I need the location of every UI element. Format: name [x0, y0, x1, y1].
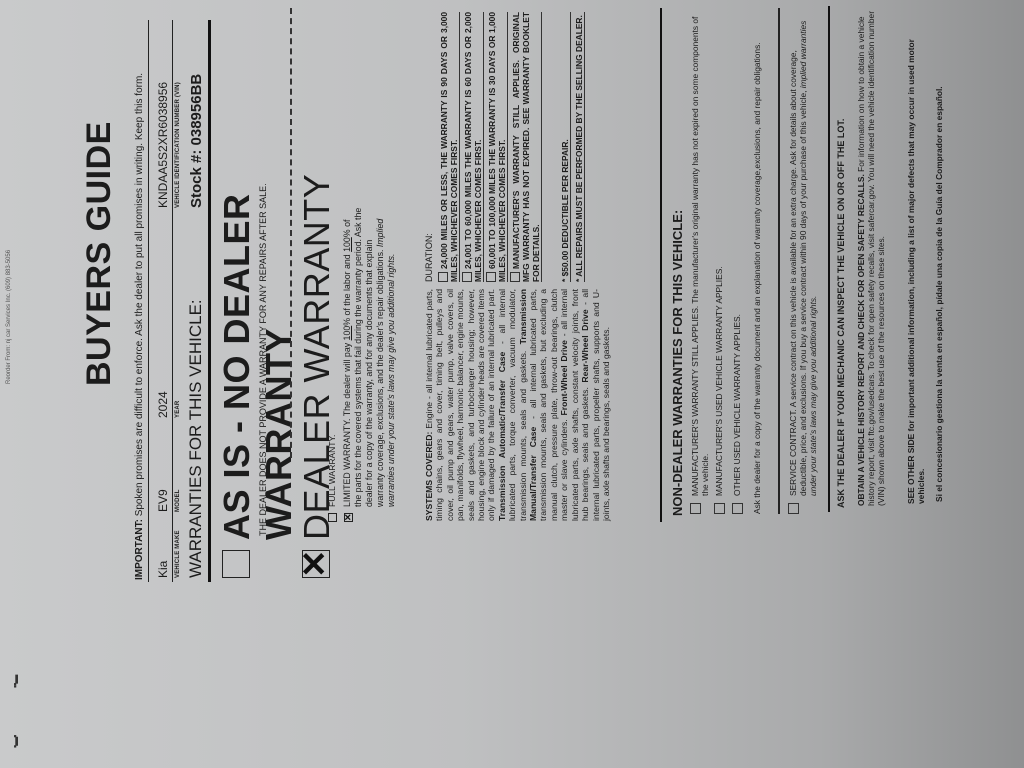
vehicle-make-value: Kia [156, 561, 170, 578]
dashed-divider [290, 8, 292, 458]
systems-covered: SYSTEMS COVERED: Engine - all internal l… [424, 289, 611, 521]
duration-checkbox[interactable] [510, 272, 520, 282]
vin-label: VEHICLE IDENTIFICATION NUMBER (VIN) [175, 82, 181, 208]
duration-option[interactable]: 24,001 TO 60,000 MILES THE WARRANTY IS 6… [462, 12, 484, 282]
duration-option[interactable]: 60,001 TO 100,000 MILES THE WARRANTY IS … [486, 12, 508, 282]
non-dealer-checkbox[interactable] [690, 503, 701, 514]
divider [828, 6, 830, 512]
duration-option[interactable]: 24,000 MILES OR LESS, THE WARRANTY IS 90… [438, 12, 460, 282]
important-notice: IMPORTANT: Spoken promises are difficult… [134, 20, 145, 580]
transmission-auto-label: Transmission Automatic/Transfer Case [497, 352, 507, 521]
non-dealer-item-label: MANUFACTURER'S USED VEHICLE WARRANTY APP… [714, 266, 724, 496]
other-side-notice: SEE OTHER SIDE for important additional … [906, 4, 926, 504]
repairs-note: * ALL REPAIRS MUST BE PERFORMED BY THE S… [574, 12, 585, 282]
important-label: IMPORTANT: [134, 519, 145, 580]
duration-option-text: 24,001 TO 60,000 MILES THE WARRANTY IS 6… [463, 12, 483, 282]
non-dealer-item[interactable]: MANUFACTURER'S WARRANTY STILL APPLIES. T… [690, 16, 710, 496]
service-contract-label: SERVICE CONTRACT. [788, 409, 798, 496]
non-dealer-title: NON-DEALER WARRANTIES FOR THIS VEHICLE: [670, 210, 685, 516]
history-report: OBTAIN A VEHICLE HISTORY REPORT AND CHEC… [856, 6, 886, 506]
mechanic-notice: ASK THE DEALER IF YOUR MECHANIC CAN INSP… [836, 119, 846, 508]
duration-option-text: 24,000 MILES OR LESS, THE WARRANTY IS 90… [439, 12, 459, 282]
deductible-note: * $50.00 DEDUCTIBLE PER REPAIR. [560, 12, 571, 282]
labor-percent: 100 [342, 326, 352, 341]
rwd-label: Rear-Wheel Drive [580, 309, 590, 382]
buyers-guide-document: ▪▬▪ ▪▪▬ Reorder From: nj car Services In… [0, 0, 1024, 768]
non-dealer-item[interactable]: OTHER USED VEHICLE WARRANTY APPLIES. [732, 16, 742, 496]
as-is-subtitle: THE DEALER DOES NOT PROVIDE A WARRANTY F… [258, 183, 268, 536]
divider [778, 8, 780, 514]
divider [660, 8, 662, 522]
service-contract[interactable]: SERVICE CONTRACT. A service contract on … [788, 16, 818, 496]
smudge-mark: ▪▪▬ [10, 676, 20, 688]
vehicle-year-value: 2024 [156, 391, 170, 418]
vehicle-year-label: YEAR [175, 401, 181, 418]
duration-label: DURATION: [424, 233, 434, 282]
fwd-label: Front-Wheel Drive [559, 340, 569, 415]
divider [172, 20, 173, 582]
full-warranty-checkbox[interactable] [328, 513, 337, 522]
vehicle-model-label: MODEL [175, 489, 181, 512]
limited-text-2: % of the labor and [342, 254, 352, 325]
engine-label: Engine [424, 402, 434, 429]
duration-checkbox[interactable] [486, 272, 496, 282]
limited-warranty-checkbox[interactable] [344, 513, 353, 522]
duration-option[interactable]: MANUFACTURER'S WARRANTY STILL APPLIES. O… [510, 12, 542, 282]
limited-text-1: The dealer will pay [342, 343, 352, 416]
divider [208, 20, 211, 582]
as-is-checkbox[interactable] [222, 550, 250, 578]
warranties-heading: WARRANTIES FOR THIS VEHICLE: [186, 299, 206, 578]
dealer-warranty-checkbox[interactable] [302, 550, 330, 578]
non-dealer-checkbox[interactable] [732, 503, 743, 514]
other-side-label: SEE OTHER SIDE [906, 434, 916, 504]
ask-copy-text: Ask the dealer for a copy of the warrant… [752, 14, 762, 514]
service-contract-checkbox[interactable] [788, 503, 799, 514]
stock-number: Stock #: 038956BB [188, 74, 205, 208]
important-text: Spoken promises are difficult to enforce… [134, 73, 145, 516]
non-dealer-item[interactable]: MANUFACTURER'S USED VEHICLE WARRANTY APP… [714, 16, 724, 496]
divider [148, 20, 149, 582]
vehicle-make-label: VEHICLE MAKE [175, 530, 181, 578]
duration-checkbox[interactable] [438, 272, 448, 282]
limited-warranty-label: LIMITED WARRANTY. [342, 419, 352, 507]
non-dealer-item-label: OTHER USED VEHICLE WARRANTY APPLIES. [732, 314, 742, 496]
duration-option-text: MANUFACTURER'S WARRANTY STILL APPLIES. O… [511, 12, 541, 282]
spanish-notice: Si el concesionario gestiona la venta en… [934, 2, 944, 502]
smudge-mark: ▪▬▪ [10, 736, 20, 748]
page-title: BUYERS GUIDE [80, 121, 119, 386]
engine-text: - all internal lubricated parts, timing … [424, 289, 496, 521]
parts-percent: 100 [342, 237, 352, 252]
duration-option-text: 60,001 TO 100,000 MILES THE WARRANTY IS … [487, 12, 507, 282]
non-dealer-item-label: MANUFACTURER'S WARRANTY STILL APPLIES. [690, 306, 700, 496]
vehicle-model-value: EV9 [156, 489, 170, 512]
history-label: OBTAIN A VEHICLE HISTORY REPORT AND CHEC… [856, 174, 866, 506]
non-dealer-checkbox[interactable] [714, 503, 725, 514]
full-warranty-label: FULL WARRANTY. [327, 435, 337, 507]
vin-value: KNDAA5S2XR6038956 [156, 82, 170, 208]
duration-checkbox[interactable] [462, 272, 472, 282]
limited-warranty-text: LIMITED WARRANTY. The dealer will pay 10… [342, 207, 397, 507]
systems-covered-label: SYSTEMS COVERED: [424, 432, 434, 521]
printer-note: Reorder From: nj car Services Inc. (609)… [6, 250, 12, 384]
